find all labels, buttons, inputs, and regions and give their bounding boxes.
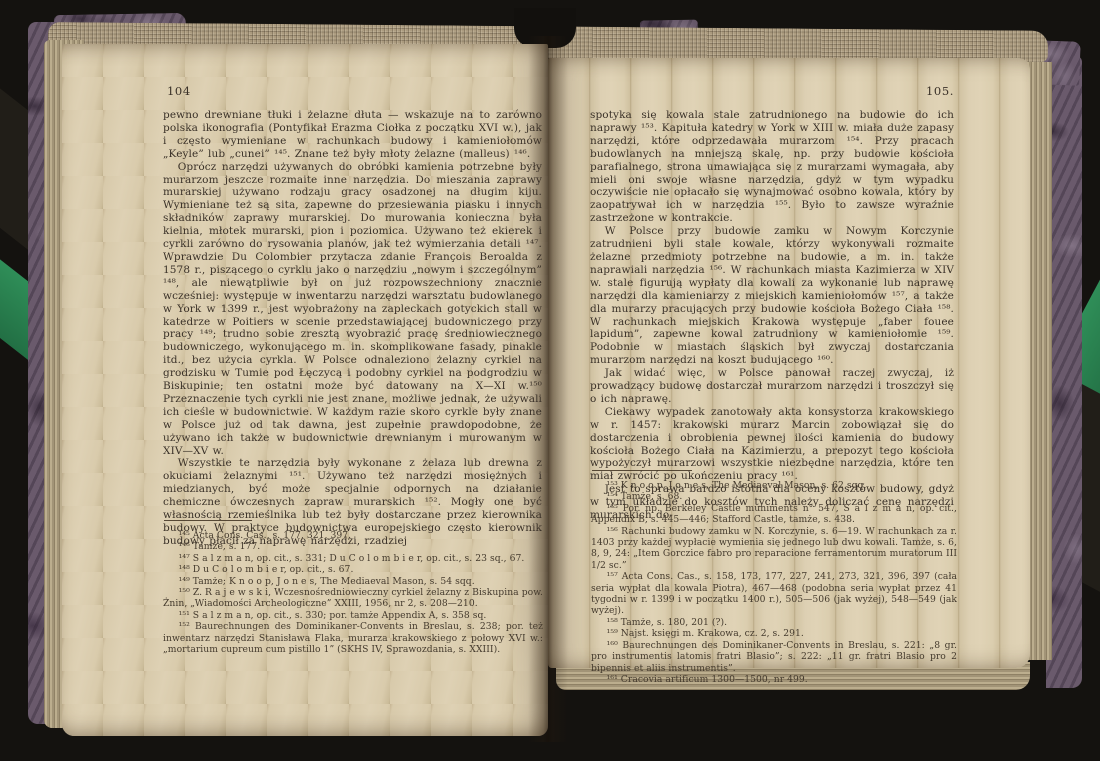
body-paragraph: W Polsce przy budowie zamku w Nowym Korc… (590, 225, 954, 367)
page-105-footnotes: ¹⁵³ K n o o p, J o n e s, The Mediaeval … (591, 480, 957, 685)
footnote-separator-left (164, 520, 252, 521)
page-104-body: pewno drewniane tłuki i żelazne dłuta — … (163, 109, 542, 548)
page-number-105: 105. (590, 84, 954, 98)
footnote-separator-right (592, 470, 692, 471)
footnote: ¹⁵⁶ Rachunki budowy zamku w N. Korczynie… (591, 526, 957, 572)
footnote: ¹⁶¹ Cracovia artificum 1300—1500, nr 499… (591, 674, 957, 685)
footnote: ¹⁵⁷ Acta Cons. Cas., s. 158, 173, 177, 2… (591, 571, 957, 617)
page-number-104: 104 (167, 84, 191, 98)
body-paragraph: spotyka się kowala stale zatrudnionego n… (590, 109, 954, 225)
open-book-photo: 104 pewno drewniane tłuki i żelazne dłut… (0, 0, 1100, 761)
body-paragraph: Oprócz narzędzi używanych do obróbki kam… (163, 161, 542, 458)
footnote: ¹⁵⁵ Por. np. Berkeley Castle muniments n… (591, 503, 957, 526)
footnote: ¹⁵¹ S a l z m a n, op. cit., s. 330; por… (163, 610, 543, 621)
body-paragraph: pewno drewniane tłuki i żelazne dłuta — … (163, 109, 542, 161)
footnote: ¹⁴⁸ D u C o l o m b i e r, op. cit., s. … (163, 564, 543, 575)
footnote: ¹⁴⁹ Tamże; K n o o p, J o n e s, The Med… (163, 576, 543, 587)
footnote: ¹⁴⁷ S a l z m a n, op. cit., s. 331; D u… (163, 553, 543, 564)
footnote: ¹⁵⁰ Z. R a j e w s k i, Wczesnośredniowi… (163, 587, 543, 610)
footnote: ¹⁵⁹ Najst. księgi m. Krakowa, cz. 2, s. … (591, 628, 957, 639)
footnote: ¹⁵³ K n o o p, J o n e s, The Mediaeval … (591, 480, 957, 491)
footnote: ¹⁵² Baurechnungen des Dominikaner-Conven… (163, 621, 543, 655)
page-104-footnotes: ¹⁴⁵ Acta Cons. Cas., s. 177, 321, 397. ¹… (163, 530, 543, 655)
footnote: ¹⁴⁶ Tamże, s. 177. (163, 541, 543, 552)
footnote: ¹⁴⁵ Acta Cons. Cas., s. 177, 321, 397. (163, 530, 543, 541)
body-paragraph: Jak widać więc, w Polsce panował raczej … (590, 367, 954, 406)
footnote: ¹⁵⁸ Tamże, s. 180, 201 (?). (591, 617, 957, 628)
footnote: ¹⁵⁴ Tamże, s. 68. (591, 491, 957, 502)
page-105-body: spotyka się kowala stale zatrudnionego n… (590, 109, 954, 522)
footnote: ¹⁶⁰ Baurechnungen des Dominikaner-Conven… (591, 640, 957, 674)
body-paragraph: Ciekawy wypadek zanotowały akta konsysto… (590, 406, 954, 483)
